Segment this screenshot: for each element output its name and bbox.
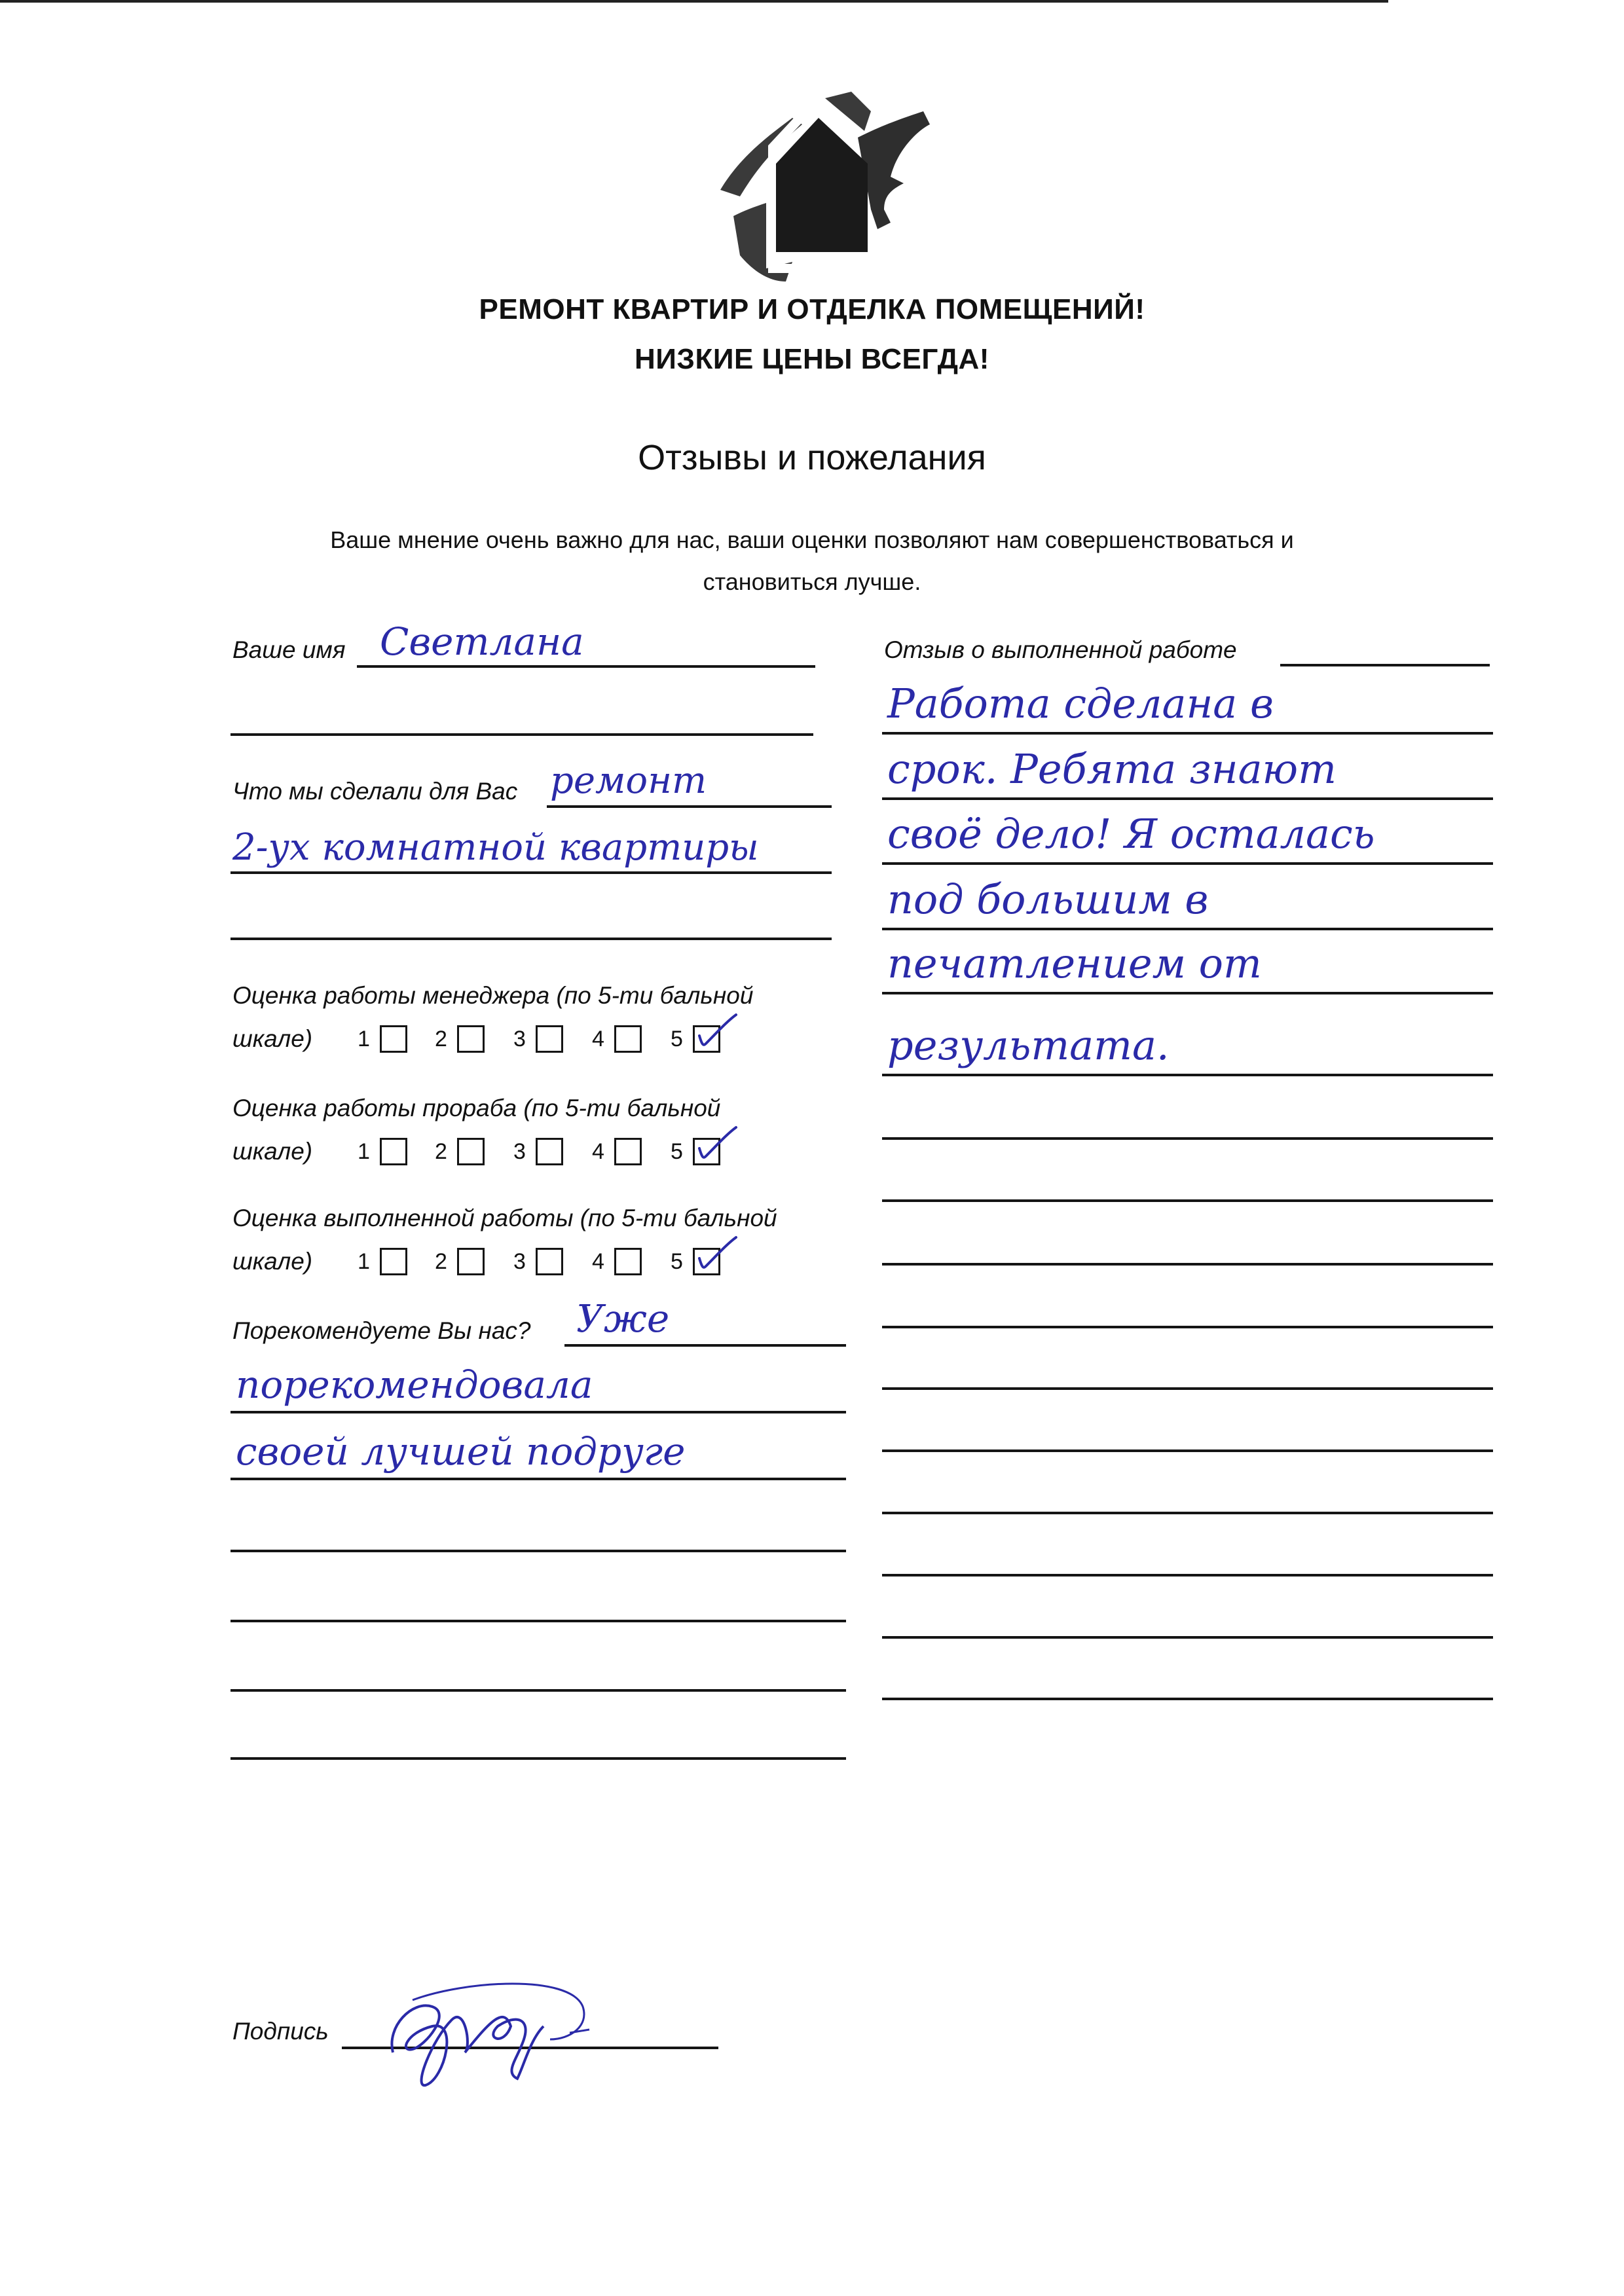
- recommend-line-7: [231, 1757, 846, 1760]
- house-brush-logo-icon: [694, 85, 943, 295]
- recommend-line-3: [231, 1478, 846, 1480]
- recommend-value-2[interactable]: порекомендовала: [236, 1362, 593, 1407]
- rating-option-label: 1: [358, 1139, 370, 1165]
- recommend-value-3[interactable]: своей лучшей подруге: [236, 1429, 685, 1474]
- what-done-value-1[interactable]: ремонт: [550, 759, 707, 802]
- rating-checkbox-2-1[interactable]: [380, 1138, 407, 1165]
- rating-checkbox-1-1[interactable]: [380, 1025, 407, 1053]
- name-field[interactable]: Светлана: [380, 619, 584, 664]
- rating-option-label: 5: [671, 1249, 683, 1275]
- rating-checkbox-3-4[interactable]: [614, 1248, 642, 1275]
- intro-line1: Ваше мнение очень важно для нас, ваши оц…: [0, 526, 1624, 554]
- rating-label-2: Оценка работы прораба (по 5-ти бальной: [232, 1095, 720, 1122]
- rating-option-label: 1: [358, 1249, 370, 1275]
- signature-label: Подпись: [232, 2018, 329, 2045]
- rating-option-label: 2: [435, 1139, 447, 1165]
- header-line1: РЕМОНТ КВАРТИР И ОТДЕЛКА ПОМЕЩЕНИЙ!: [0, 293, 1624, 326]
- checkmark-icon: [695, 1012, 741, 1055]
- rating-checkbox-3-2[interactable]: [457, 1248, 485, 1275]
- review-value-3[interactable]: своё дело! Я осталась: [887, 810, 1375, 858]
- review-value-5[interactable]: печатлением от: [887, 939, 1262, 987]
- signature-scribble[interactable]: [373, 1980, 622, 2095]
- rating-checkbox-2-2[interactable]: [457, 1138, 485, 1165]
- rating-option-label: 3: [513, 1027, 526, 1052]
- review-line-9: [882, 1263, 1493, 1266]
- rating-label-3: Оценка выполненной работы (по 5-ти бальн…: [232, 1205, 777, 1232]
- review-line-2: [882, 797, 1493, 800]
- review-line-4: [882, 928, 1493, 930]
- review-value-2[interactable]: срок. Ребята знают: [887, 745, 1337, 793]
- name-line-2: [231, 733, 813, 736]
- rating-checkbox-3-3[interactable]: [536, 1248, 563, 1275]
- review-label-line: [1280, 664, 1490, 666]
- form-title: Отзывы и пожелания: [0, 437, 1624, 478]
- recommend-line-4: [231, 1550, 846, 1552]
- review-line-10: [882, 1326, 1493, 1328]
- rating-option-label: 2: [435, 1249, 447, 1275]
- name-label: Ваше имя: [232, 636, 346, 664]
- scan-top-edge: [0, 0, 1388, 3]
- what-done-value-2[interactable]: 2-ух комнатной квартиры: [232, 826, 759, 869]
- rating-option-label: 4: [592, 1139, 604, 1165]
- rating-option-label: 3: [513, 1139, 526, 1165]
- review-line-12: [882, 1449, 1493, 1452]
- rating-checkbox-3-1[interactable]: [380, 1248, 407, 1275]
- rating-label-1: Оценка работы менеджера (по 5-ти бальной: [232, 982, 753, 1010]
- rating-checkbox-2-3[interactable]: [536, 1138, 563, 1165]
- review-value-4[interactable]: под большим в: [887, 875, 1209, 923]
- review-value-1[interactable]: Работа сделана в: [887, 680, 1274, 727]
- review-line-1: [882, 732, 1493, 735]
- rating-checkbox-1-3[interactable]: [536, 1025, 563, 1053]
- name-line: [357, 665, 815, 668]
- review-line-15: [882, 1636, 1493, 1639]
- rating-option-label: 4: [592, 1249, 604, 1275]
- review-line-14: [882, 1574, 1493, 1576]
- recommend-line-1: [564, 1344, 846, 1347]
- review-line-6: [882, 1074, 1493, 1076]
- review-label: Отзыв о выполненной работе: [884, 636, 1237, 664]
- intro-line2: становиться лучше.: [0, 568, 1624, 596]
- rating-option-label: 5: [671, 1027, 683, 1052]
- checkmark-icon: [695, 1235, 741, 1277]
- recommend-line-5: [231, 1620, 846, 1622]
- checkmark-icon: [695, 1125, 741, 1167]
- review-line-8: [882, 1199, 1493, 1202]
- recommend-value-1[interactable]: Уже: [576, 1296, 669, 1341]
- recommend-line-2: [231, 1411, 846, 1413]
- what-done-line-3: [231, 938, 832, 940]
- what-done-label: Что мы сделали для Вас: [232, 778, 517, 805]
- review-value-6[interactable]: результата.: [887, 1021, 1170, 1069]
- rating-scale-label-2: шкале): [232, 1138, 312, 1165]
- rating-scale-label-1: шкале): [232, 1025, 312, 1053]
- rating-option-label: 5: [671, 1139, 683, 1165]
- rating-option-label: 4: [592, 1027, 604, 1052]
- review-line-16: [882, 1698, 1493, 1700]
- rating-option-label: 2: [435, 1027, 447, 1052]
- recommend-line-6: [231, 1689, 846, 1692]
- rating-checkbox-2-4[interactable]: [614, 1138, 642, 1165]
- review-line-11: [882, 1387, 1493, 1390]
- review-line-3: [882, 862, 1493, 865]
- rating-checkbox-1-2[interactable]: [457, 1025, 485, 1053]
- header-line2: НИЗКИЕ ЦЕНЫ ВСЕГДА!: [0, 343, 1624, 376]
- recommend-label: Порекомендуете Вы нас?: [232, 1317, 530, 1345]
- what-done-line-1: [547, 805, 832, 808]
- review-line-7: [882, 1137, 1493, 1140]
- rating-option-label: 1: [358, 1027, 370, 1052]
- what-done-line-2: [231, 871, 832, 874]
- review-line-5: [882, 992, 1493, 994]
- rating-option-label: 3: [513, 1249, 526, 1275]
- rating-scale-label-3: шкале): [232, 1248, 312, 1275]
- review-line-13: [882, 1512, 1493, 1514]
- rating-checkbox-1-4[interactable]: [614, 1025, 642, 1053]
